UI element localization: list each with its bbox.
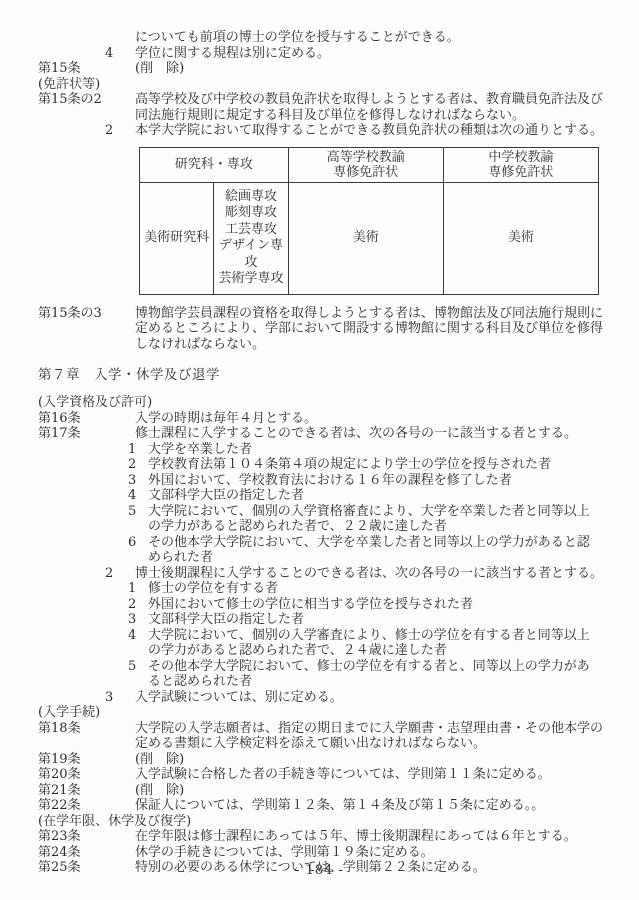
article-label: 第19条 [38,752,81,768]
line-text: (在学年限、休学及び復学) [38,814,607,830]
line-text: (削 除) [135,61,607,77]
article-label: 第15条の2 [38,92,102,108]
line-text: (削 除) [135,752,607,768]
item-number: 4 [128,628,136,644]
table-header-highschool-license: 高等学校教諭専修免許状 [288,147,443,182]
line-text: 外国において修士の学位に相当する学位を授与された者 [148,597,607,613]
article-line: 第15条の2高等学校及び中学校の教員免許状を取得しようとする者は、教育職員免許法… [38,92,607,108]
line-text: 高等学校及び中学校の教員免許状を取得しようとする者は、教育職員免許法及び [135,92,607,108]
item-number: 6 [128,535,136,551]
section-label-line: (在学年限、休学及び復学) [38,814,607,830]
article-label: 第15条 [38,61,81,77]
line-text: 博物館学芸員課程の資格を取得しようとする者は、博物館法及び同法施行規則に [135,306,607,322]
line-text: 大学院の入学志願者は、指定の期日までに入学願書・志望理由書・その他本学の [135,721,607,737]
line-text: ると認められた者 [148,674,607,690]
item-line: 5その他本学大学院において、修士の学位を有する者と、同等以上の学力があ [38,659,607,675]
page-number: - 184 - [0,863,639,878]
item-line: 2外国において修士の学位に相当する学位を授与された者 [38,597,607,613]
article-line: 第21条(削 除) [38,783,607,799]
paragraph-line: 4学位に関する規程は別に定める。 [38,46,607,62]
article-label: 第22条 [38,798,81,814]
continuation-line: についても前項の博士の学位を授与することができる。 [38,30,607,46]
article-line: 第18条大学院の入学志願者は、指定の期日までに入学願書・志望理由書・その他本学の [38,721,607,737]
item-number: 2 [128,457,136,473]
line-text: (入学資格及び許可) [38,395,607,411]
line-text: 入学試験に合格した者の手続き等については、学則第１１条に定める。 [135,767,607,783]
continuation-line: しなければならない。 [38,337,607,353]
section-label-line: (免許状等) [38,77,607,93]
item-number: 3 [128,473,136,489]
item-line: 5大学院において、個別の入学資格審査により、大学を卒業した者と同等以上 [38,504,607,520]
article-line: 第20条入学試験に合格した者の手続き等については、学則第１１条に定める。 [38,767,607,783]
article-label: 第18条 [38,721,81,737]
item-line: 2学校教育法第１０４条第４項の規定により学士の学位を授与された者 [38,457,607,473]
item-line: 1大学を卒業した者 [38,442,607,458]
major-name: 工芸専攻 [216,222,285,239]
line-text: 休学の手続きについては、学則第１９条に定める。 [135,845,607,861]
line-text: その他本学大学院において、修士の学位を有する者と、同等以上の学力があ [148,659,607,675]
line-text: (入学手続) [38,705,607,721]
paragraph-line: 2本学大学院において取得することができる教員免許状の種類は次の通りとする。 [38,123,607,139]
table-cell-middleschool-subject: 美術 [443,182,598,294]
article-label: 第17条 [38,426,81,442]
license-table-block: 研究科・専攻高等学校教諭専修免許状中学校教諭専修免許状美術研究科絵画専攻彫刻専攻… [38,147,607,295]
item-number: 4 [128,488,136,504]
line-text: 大学を卒業した者 [148,442,607,458]
article-label: 第15条の3 [38,306,102,322]
item-continuation-line: められた者 [38,550,607,566]
item-number: 1 [128,442,136,458]
section-label-line: (入学手続) [38,705,607,721]
line-text: 修士の学位を有する者 [148,581,607,597]
item-line: 6その他本学大学院において、大学を卒業した者と同等以上の学力があると認 [38,535,607,551]
document-body: についても前項の博士の学位を授与することができる。4学位に関する規程は別に定める… [38,30,607,876]
item-number: 5 [128,659,136,675]
paragraph-line: 3入学試験については、別に定める。 [38,690,607,706]
line-text: 大学院において、個別の入学審査により、修士の学位を有する者と同等以上 [148,628,607,644]
major-name: デザイン専攻 [216,238,285,271]
item-number: 4 [105,46,113,62]
article-label: 第16条 [38,411,81,427]
line-text: (削 除) [135,783,607,799]
line-text: 定める書類に入学検定料を添えて願い出なければならない。 [135,736,607,752]
article-label: 第24条 [38,845,81,861]
line-text: (免許状等) [38,77,607,93]
item-line: 4文部科学大臣の指定した者 [38,488,607,504]
continuation-line: 定めるところにより、学部において開設する博物館に関する科目及び単位を修得 [38,321,607,337]
line-text: 文部科学大臣の指定した者 [148,612,607,628]
line-text: 学位に関する規程は別に定める。 [135,46,607,62]
major-name: 彫刻専攻 [216,205,285,222]
line-text: しなければならない。 [135,337,607,353]
article-line: 第23条在学年限は修士課程にあっては５年、博士後期課程にあっては６年とする。 [38,829,607,845]
article-line: 第19条(削 除) [38,752,607,768]
major-name: 絵画専攻 [216,189,285,206]
line-text: 外国において、学校教育法における１６年の課程を修了した者 [148,473,607,489]
line-text: 大学院において、個別の入学資格審査により、大学を卒業した者と同等以上 [148,504,607,520]
article-line: 第15条の3博物館学芸員課程の資格を取得しようとする者は、博物館法及び同法施行規… [38,306,607,322]
article-label: 第23条 [38,829,81,845]
table-header-research-major: 研究科・専攻 [140,147,289,182]
line-text: 学校教育法第１０４条第４項の規定により学士の学位を授与された者 [148,457,607,473]
continuation-line: 定める書類に入学検定料を添えて願い出なければならない。 [38,736,607,752]
table-cell-majors: 絵画専攻彫刻専攻工芸専攻デザイン専攻芸術学専攻 [214,182,288,294]
table-cell-highschool-subject: 美術 [288,182,443,294]
article-line: 第24条休学の手続きについては、学則第１９条に定める。 [38,845,607,861]
line-text: についても前項の博士の学位を授与することができる。 [135,30,607,46]
item-continuation-line: の学力があると認められた者で、２２歳に達した者 [38,519,607,535]
line-text: 修士課程に入学することのできる者は、次の各号の一に該当する者とする。 [135,426,607,442]
article-line: 第15条(削 除) [38,61,607,77]
paragraph-line: 2博士後期課程に入学することのできる者は、次の各号の一に該当する者とする。 [38,566,607,582]
item-number: 2 [105,123,113,139]
chapter-heading-text: 第７章 入学・休学及び退学 [38,367,607,384]
line-text: 本学大学院において取得することができる教員免許状の種類は次の通りとする。 [135,123,607,139]
article-line: 第16条入学の時期は毎年４月とする。 [38,411,607,427]
item-line: 3文部科学大臣の指定した者 [38,612,607,628]
document-page: についても前項の博士の学位を授与することができる。4学位に関する規程は別に定める… [0,0,639,900]
line-text: の学力があると認められた者で、２２歳に達した者 [148,519,607,535]
article-label: 第21条 [38,783,81,799]
table-cell-research-dept: 美術研究科 [140,182,214,294]
line-text: 定めるところにより、学部において開設する博物館に関する科目及び単位を修得 [135,321,607,337]
item-continuation-line: ると認められた者 [38,674,607,690]
item-line: 1修士の学位を有する者 [38,581,607,597]
line-text: の学力があると認められた者で、２４歳に達した者 [148,643,607,659]
item-number: 1 [128,581,136,597]
chapter-heading: 第７章 入学・休学及び退学 [38,367,607,384]
line-text: 文部科学大臣の指定した者 [148,488,607,504]
item-number: 2 [128,597,136,613]
line-text: 入学の時期は毎年４月とする。 [135,411,607,427]
line-text: 在学年限は修士課程にあっては５年、博士後期課程にあっては６年とする。 [135,829,607,845]
line-text: められた者 [148,550,607,566]
item-number: 3 [105,690,113,706]
item-number: 3 [128,612,136,628]
continuation-line: 同法施行規則に規定する科目及び単位を修得しなければならない。 [38,108,607,124]
line-text: 同法施行規則に規定する科目及び単位を修得しなければならない。 [135,108,607,124]
article-label: 第20条 [38,767,81,783]
major-name: 芸術学専攻 [216,271,285,288]
line-text: その他本学大学院において、大学を卒業した者と同等以上の学力があると認 [148,535,607,551]
item-line: 3外国において、学校教育法における１６年の課程を修了した者 [38,473,607,489]
section-label-line: (入学資格及び許可) [38,395,607,411]
line-text: 保証人については、学則第１２条、第１４条及び第１５条に定める。。 [135,798,607,814]
item-continuation-line: の学力があると認められた者で、２４歳に達した者 [38,643,607,659]
line-text: 博士後期課程に入学することのできる者は、次の各号の一に該当する者とする。 [135,566,607,582]
teacher-license-table: 研究科・専攻高等学校教諭専修免許状中学校教諭専修免許状美術研究科絵画専攻彫刻専攻… [139,147,599,295]
article-line: 第22条保証人については、学則第１２条、第１４条及び第１５条に定める。。 [38,798,607,814]
table-header-middleschool-license: 中学校教諭専修免許状 [443,147,598,182]
item-line: 4大学院において、個別の入学審査により、修士の学位を有する者と同等以上 [38,628,607,644]
item-number: 2 [105,566,113,582]
item-number: 5 [128,504,136,520]
article-line: 第17条修士課程に入学することのできる者は、次の各号の一に該当する者とする。 [38,426,607,442]
line-text: 入学試験については、別に定める。 [135,690,607,706]
